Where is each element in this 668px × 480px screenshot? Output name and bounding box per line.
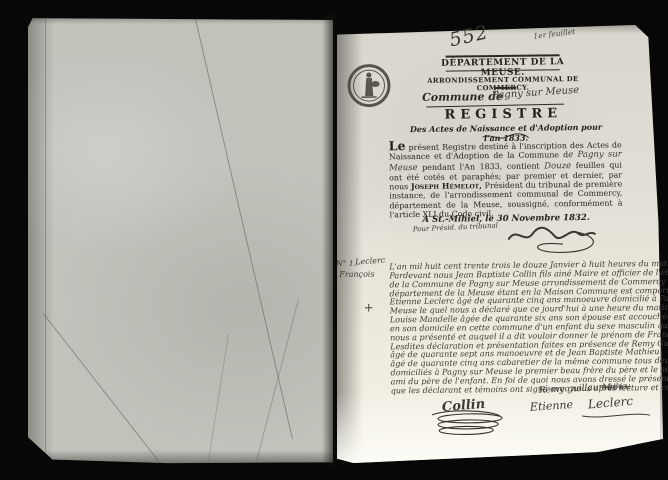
preamble-lead: Le — [389, 138, 406, 153]
preamble-count-handwritten: Douze — [544, 161, 571, 171]
act-margin-number: N° 1. — [336, 259, 356, 268]
preamble-paragraph: Le présent Registre destiné à l'inscript… — [389, 140, 623, 220]
act-margin-cross-mark: + — [364, 301, 374, 315]
register-title: REGISTRE — [418, 106, 588, 123]
president-signature — [505, 220, 610, 259]
declarant-signature-flourish — [580, 410, 652, 421]
birth-act-text: L'an mil huit cent trente trois le douze… — [389, 259, 667, 395]
act-margin-firstname: François — [339, 270, 374, 279]
act-margin-surname: Leclerc — [355, 256, 386, 267]
mayor-signature-flourish — [430, 408, 506, 437]
folio-note: 1er feuillet — [533, 27, 576, 41]
register-page-content: 552 1er feuillet DÉPARTEMENT DE LA MEUSE… — [0, 0, 668, 480]
register-book-scan: 552 1er feuillet DÉPARTEMENT DE LA MEUSE… — [0, 0, 668, 480]
folio-number: 552 — [447, 21, 490, 51]
declarant-signature-last: Leclerc — [587, 394, 633, 412]
official-stamp-icon — [346, 62, 393, 109]
preamble-text: pendant l'An 1833, contient — [422, 161, 540, 171]
declarant-signature-first: Etienne — [530, 398, 574, 414]
president-name: Joseph Hémelot, — [411, 181, 482, 191]
witness-signature-scribble: Mathieu — [601, 382, 629, 393]
